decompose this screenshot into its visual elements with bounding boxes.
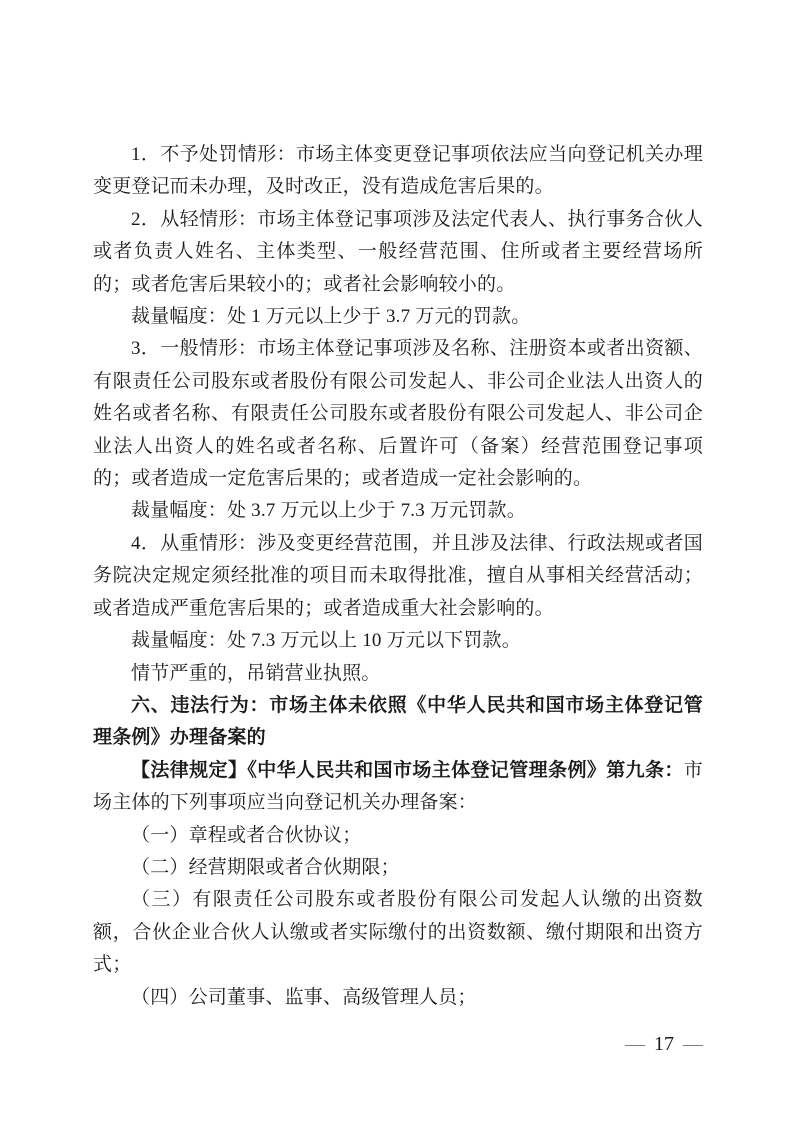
text-run: 裁量幅度：处 3.7 万元以上少于 7.3 万元罚款。: [131, 500, 526, 521]
page-number: 17: [654, 1033, 674, 1055]
text-run: 情节严重的，吊销营业执照。: [131, 663, 381, 684]
text-run: （一）章程或者合伙协议；: [131, 825, 361, 846]
text-run: 4．从重情形：涉及变更经营范围，并且涉及法律、行政法规或者国务院决定规定须经批准…: [93, 533, 703, 619]
clause-3-general: 3．一般情形：市场主体登记事项涉及名称、注册资本或者出资额、有限责任公司股东或者…: [93, 333, 703, 495]
filing-item-4: （四）公司董事、监事、高级管理人员；: [93, 982, 703, 1014]
text-run: （二）经营期限或者合伙期限；: [131, 857, 400, 878]
text-run: 2．从轻情形：市场主体登记事项涉及法定代表人、执行事务合伙人或者负责人姓名、主体…: [93, 209, 703, 295]
clause-2-lenient: 2．从轻情形：市场主体登记事项涉及法定代表人、执行事务合伙人或者负责人姓名、主体…: [93, 204, 703, 301]
clause-4-severe: 4．从重情形：涉及变更经营范围，并且涉及法律、行政法规或者国务院决定规定须经批准…: [93, 528, 703, 625]
text-run: 裁量幅度：处 7.3 万元以上 10 万元以下罚款。: [131, 630, 521, 651]
section-6-heading: 六、违法行为：市场主体未依照《中华人民共和国市场主体登记管理条例》办理备案的: [93, 690, 703, 755]
text-run: （四）公司董事、监事、高级管理人员；: [131, 987, 477, 1008]
discretion-range-1: 裁量幅度：处 1 万元以上少于 3.7 万元的罚款。: [93, 301, 703, 333]
discretion-range-2: 裁量幅度：处 3.7 万元以上少于 7.3 万元罚款。: [93, 495, 703, 527]
bold-text-run: 六、违法行为：市场主体未依照《中华人民共和国市场主体登记管理条例》办理备案的: [93, 695, 703, 748]
discretion-range-3: 裁量幅度：处 7.3 万元以上 10 万元以下罚款。: [93, 625, 703, 657]
bold-text-run: 【法律规定】《中华人民共和国市场主体登记管理条例》第九条：: [131, 760, 684, 781]
text-run: 1．不予处罚情形：市场主体变更登记事项依法应当向登记机关办理变更登记而未办理，及…: [93, 144, 703, 197]
filing-item-2: （二）经营期限或者合伙期限；: [93, 852, 703, 884]
text-run: （三）有限责任公司股东或者股份有限公司发起人认缴的出资数额，合伙企业合伙人认缴或…: [93, 889, 703, 975]
footer-right-dash: —: [683, 1033, 703, 1055]
document-page: 1．不予处罚情形：市场主体变更登记事项依法应当向登记机关办理变更登记而未办理，及…: [0, 0, 793, 1122]
page-footer: —17—: [625, 1032, 703, 1056]
filing-item-3: （三）有限责任公司股东或者股份有限公司发起人认缴的出资数额，合伙企业合伙人认缴或…: [93, 884, 703, 981]
footer-left-dash: —: [625, 1033, 645, 1055]
document-body: 1．不予处罚情形：市场主体变更登记事项依法应当向登记机关办理变更登记而未办理，及…: [93, 139, 703, 1014]
text-run: 裁量幅度：处 1 万元以上少于 3.7 万元的罚款。: [131, 306, 530, 327]
clause-1-no-penalty: 1．不予处罚情形：市场主体变更登记事项依法应当向登记机关办理变更登记而未办理，及…: [93, 139, 703, 204]
legal-provision: 【法律规定】《中华人民共和国市场主体登记管理条例》第九条：市场主体的下列事项应当…: [93, 755, 703, 820]
severe-revocation-note: 情节严重的，吊销营业执照。: [93, 658, 703, 690]
text-run: 3．一般情形：市场主体登记事项涉及名称、注册资本或者出资额、有限责任公司股东或者…: [93, 338, 703, 489]
filing-item-1: （一）章程或者合伙协议；: [93, 820, 703, 852]
